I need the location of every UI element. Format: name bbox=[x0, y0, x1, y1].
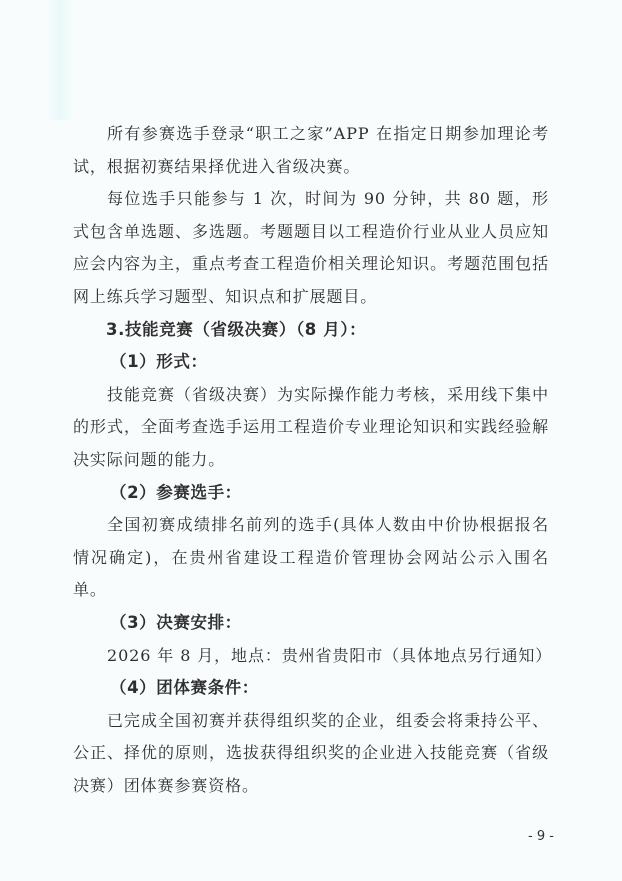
subheading-format: （1）形式： bbox=[73, 346, 549, 379]
subheading-team-conditions: （4）团体赛条件： bbox=[73, 672, 549, 705]
paragraph-team-conditions: 已完成全国初赛并获得组织奖的企业，组委会将秉持公平、公正、择优的原则，选拔获得组… bbox=[73, 705, 549, 803]
subheading-final-arrangement: （3）决赛安排： bbox=[73, 607, 549, 640]
document-page: 所有参赛选手登录“职工之家”APP 在指定日期参加理论考试，根据初赛结果择优进入… bbox=[73, 118, 549, 802]
subheading-participants: （2）参赛选手： bbox=[73, 477, 549, 510]
section-heading-skills-competition: 3.技能竞赛（省级决赛）（8 月）： bbox=[73, 314, 549, 347]
paragraph-exam-rules: 每位选手只能参与 1 次，时间为 90 分钟，共 80 题，形式包含单选题、多选… bbox=[73, 183, 549, 313]
page-number: - 9 - bbox=[528, 829, 554, 844]
paragraph-final-arrangement: 2026 年 8 月，地点：贵州省贵阳市（具体地点另行通知） bbox=[73, 640, 549, 673]
paragraph-participants: 全国初赛成绩排名前列的选手(具体人数由中价协根据报名情况确定)，在贵州省建设工程… bbox=[73, 509, 549, 607]
scan-shadow bbox=[45, 0, 75, 120]
paragraph-theory-exam: 所有参赛选手登录“职工之家”APP 在指定日期参加理论考试，根据初赛结果择优进入… bbox=[73, 118, 549, 183]
paragraph-format: 技能竞赛（省级决赛）为实际操作能力考核，采用线下集中的形式，全面考查选手运用工程… bbox=[73, 379, 549, 477]
